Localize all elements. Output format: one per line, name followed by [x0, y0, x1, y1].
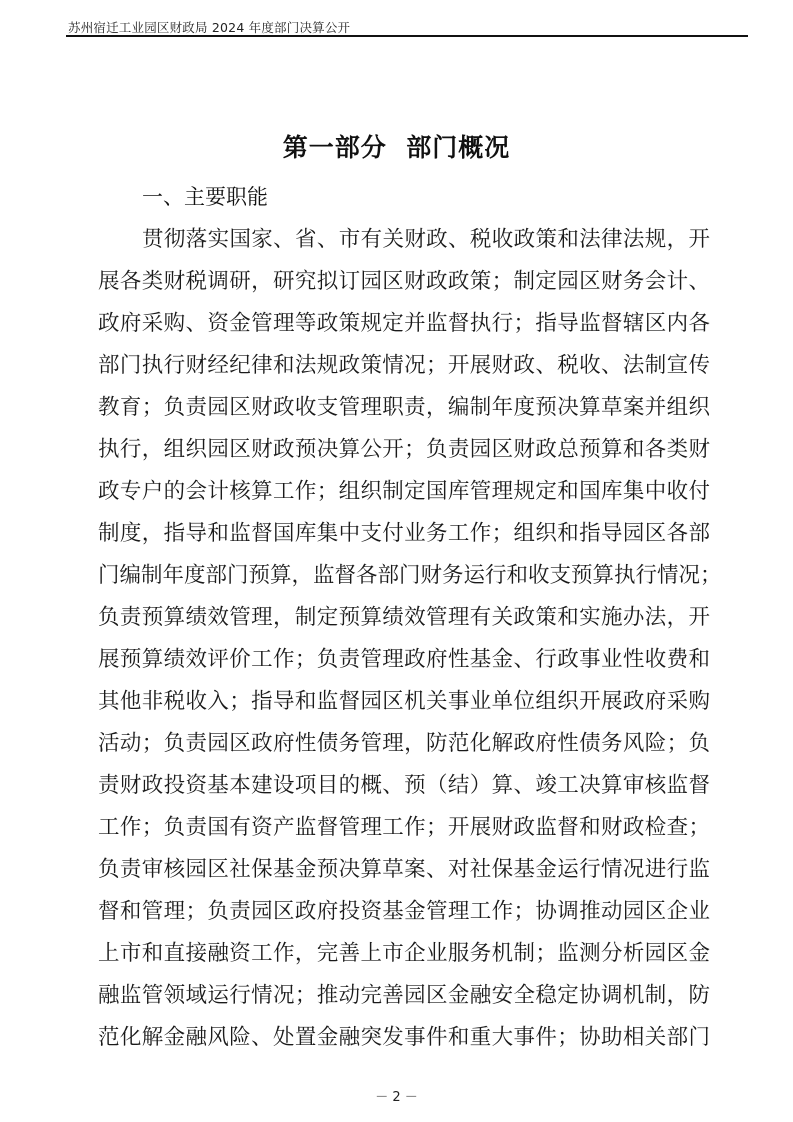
running-title: 苏州宿迁工业园区财政局 2024 年度部门决算公开 — [68, 18, 350, 36]
paragraph-line: 融监管领域运行情况；推动完善园区金融安全稳定协调机制，防 — [98, 975, 710, 1017]
paragraph-line: 门编制年度部门预算，监督各部门财务运行和收支预算执行情况； — [98, 555, 710, 597]
paragraph-line: 部门执行财经纪律和法规政策情况；开展财政、税收、法制宣传 — [98, 345, 710, 387]
section-heading: 一、主要职能 — [142, 181, 268, 211]
paragraph-line: 政府采购、资金管理等政策规定并监督执行；指导监督辖区内各 — [98, 303, 710, 345]
paragraph-line: 上市和直接融资工作，完善上市企业服务机制；监测分析园区金 — [98, 933, 710, 975]
paragraph-line: 执行，组织园区财政预决算公开；负责园区财政总预算和各类财 — [98, 429, 710, 471]
body-paragraph: 贯彻落实国家、省、市有关财政、税收政策和法律法规，开 展各类财税调研，研究拟订园… — [98, 219, 710, 1059]
paragraph-line: 展各类财税调研，研究拟订园区财政政策；制定园区财务会计、 — [98, 261, 710, 303]
page-header: 苏州宿迁工业园区财政局 2024 年度部门决算公开 — [66, 16, 748, 36]
paragraph-line: 责财政投资基本建设项目的概、预（结）算、竣工决算审核监督 — [98, 765, 710, 807]
paragraph-line: 工作；负责国有资产监督管理工作；开展财政监督和财政检查； — [98, 807, 710, 849]
header-divider — [66, 35, 748, 37]
part-title: 第一部分 部门概况 — [0, 128, 793, 164]
paragraph-line: 督和管理；负责园区政府投资基金管理工作；协调推动园区企业 — [98, 891, 710, 933]
paragraph-line: 贯彻落实国家、省、市有关财政、税收政策和法律法规，开 — [98, 219, 710, 261]
paragraph-line: 制度，指导和监督国库集中支付业务工作；组织和指导园区各部 — [98, 513, 710, 555]
paragraph-line: 负责预算绩效管理，制定预算绩效管理有关政策和实施办法，开 — [98, 597, 710, 639]
paragraph-line: 范化解金融风险、处置金融突发事件和重大事件；协助相关部门 — [98, 1017, 710, 1059]
paragraph-line: 负责审核园区社保基金预决算草案、对社保基金运行情况进行监 — [98, 849, 710, 891]
paragraph-line: 活动；负责园区政府性债务管理，防范化解政府性债务风险；负 — [98, 723, 710, 765]
page-number: － 2 － — [0, 1086, 793, 1105]
paragraph-line: 政专户的会计核算工作；组织制定国库管理规定和国库集中收付 — [98, 471, 710, 513]
paragraph-line: 教育；负责园区财政收支管理职责，编制年度预决算草案并组织 — [98, 387, 710, 429]
paragraph-line: 展预算绩效评价工作；负责管理政府性基金、行政事业性收费和 — [98, 639, 710, 681]
paragraph-line: 其他非税收入；指导和监督园区机关事业单位组织开展政府采购 — [98, 681, 710, 723]
